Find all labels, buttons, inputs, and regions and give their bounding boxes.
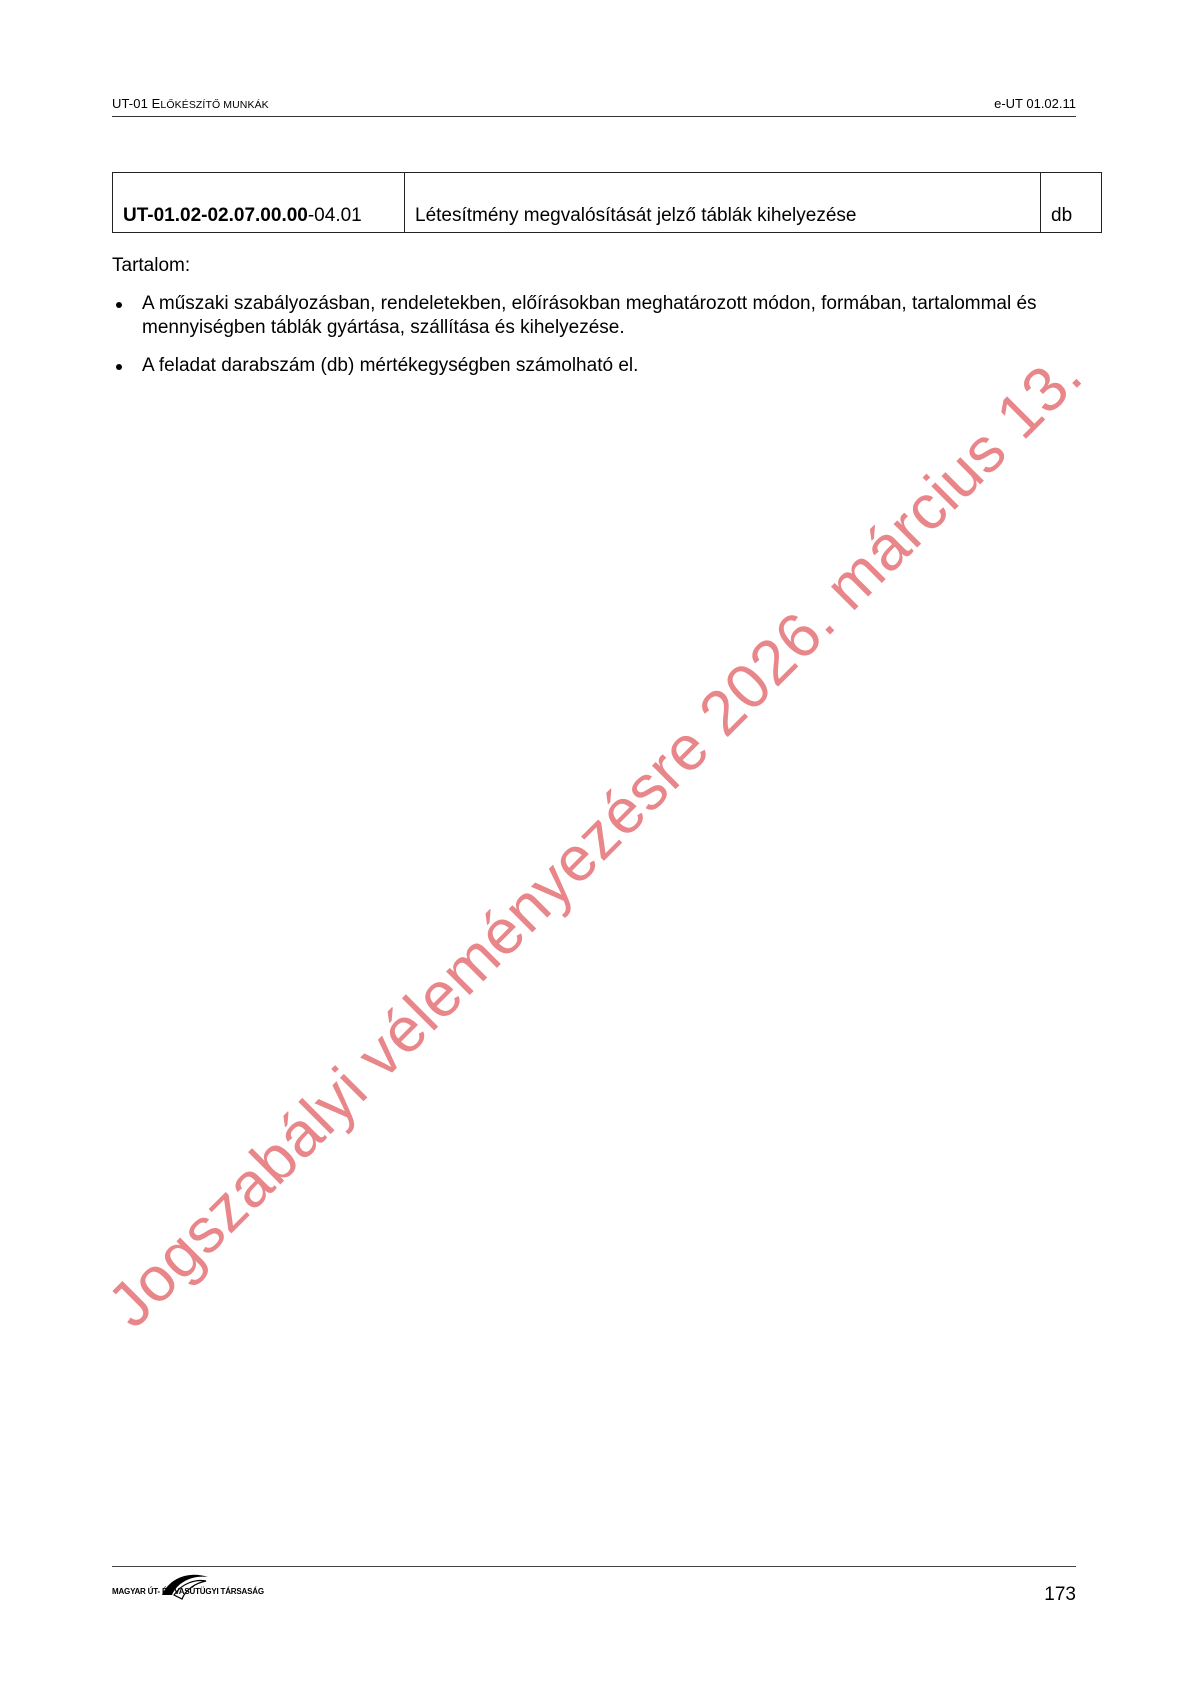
publisher-logo: MAGYAR ÚT- ÉS VASÚTÜGYI TÁRSASÁG — [112, 1569, 262, 1609]
content-bullet-list: A műszaki szabályozásban, rendeletekben,… — [112, 292, 1042, 392]
item-code-suffix: -04.01 — [308, 205, 362, 226]
item-description: Létesítmény megvalósítását jelző táblák … — [405, 173, 1041, 233]
item-unit: db — [1041, 173, 1102, 233]
bullet-icon — [116, 364, 122, 370]
bullet-text: A műszaki szabályozásban, rendeletekben,… — [142, 293, 1037, 338]
header-title-rest: LŐKÉSZÍTŐ MUNKÁK — [160, 99, 268, 111]
item-row: UT-01.02-02.07.00.00-04.01 Létesítmény m… — [113, 173, 1102, 233]
list-item: A feladat darabszám (db) mértékegységben… — [112, 354, 1042, 378]
item-code-cell: UT-01.02-02.07.00.00-04.01 — [113, 173, 405, 233]
page-number: 173 — [1044, 1584, 1076, 1606]
header-document-id: e-UT 01.02.11 — [994, 96, 1076, 111]
item-table: UT-01.02-02.07.00.00-04.01 Létesítmény m… — [112, 172, 1102, 233]
bullet-text: A feladat darabszám (db) mértékegységben… — [142, 355, 638, 376]
header-chapter-code: UT-01 — [112, 96, 152, 111]
bullet-icon — [116, 302, 122, 308]
list-item: A műszaki szabályozásban, rendeletekben,… — [112, 292, 1042, 340]
watermark: Jogszabályi véleményezésre 2026. március… — [94, 339, 1096, 1341]
footer-divider — [112, 1566, 1076, 1567]
content-label: Tartalom: — [112, 255, 190, 277]
item-code-bold: UT-01.02-02.07.00.00 — [123, 205, 308, 226]
publisher-name: MAGYAR ÚT- ÉS VASÚTÜGYI TÁRSASÁG — [112, 1587, 264, 1596]
document-page: UT-01 ELŐKÉSZÍTŐ MUNKÁK e-UT 01.02.11 UT… — [0, 0, 1191, 1684]
swoosh-logo-icon — [160, 1569, 210, 1603]
running-header: UT-01 ELŐKÉSZÍTŐ MUNKÁK e-UT 01.02.11 — [112, 96, 1076, 117]
header-chapter-title: UT-01 ELŐKÉSZÍTŐ MUNKÁK — [112, 96, 269, 111]
